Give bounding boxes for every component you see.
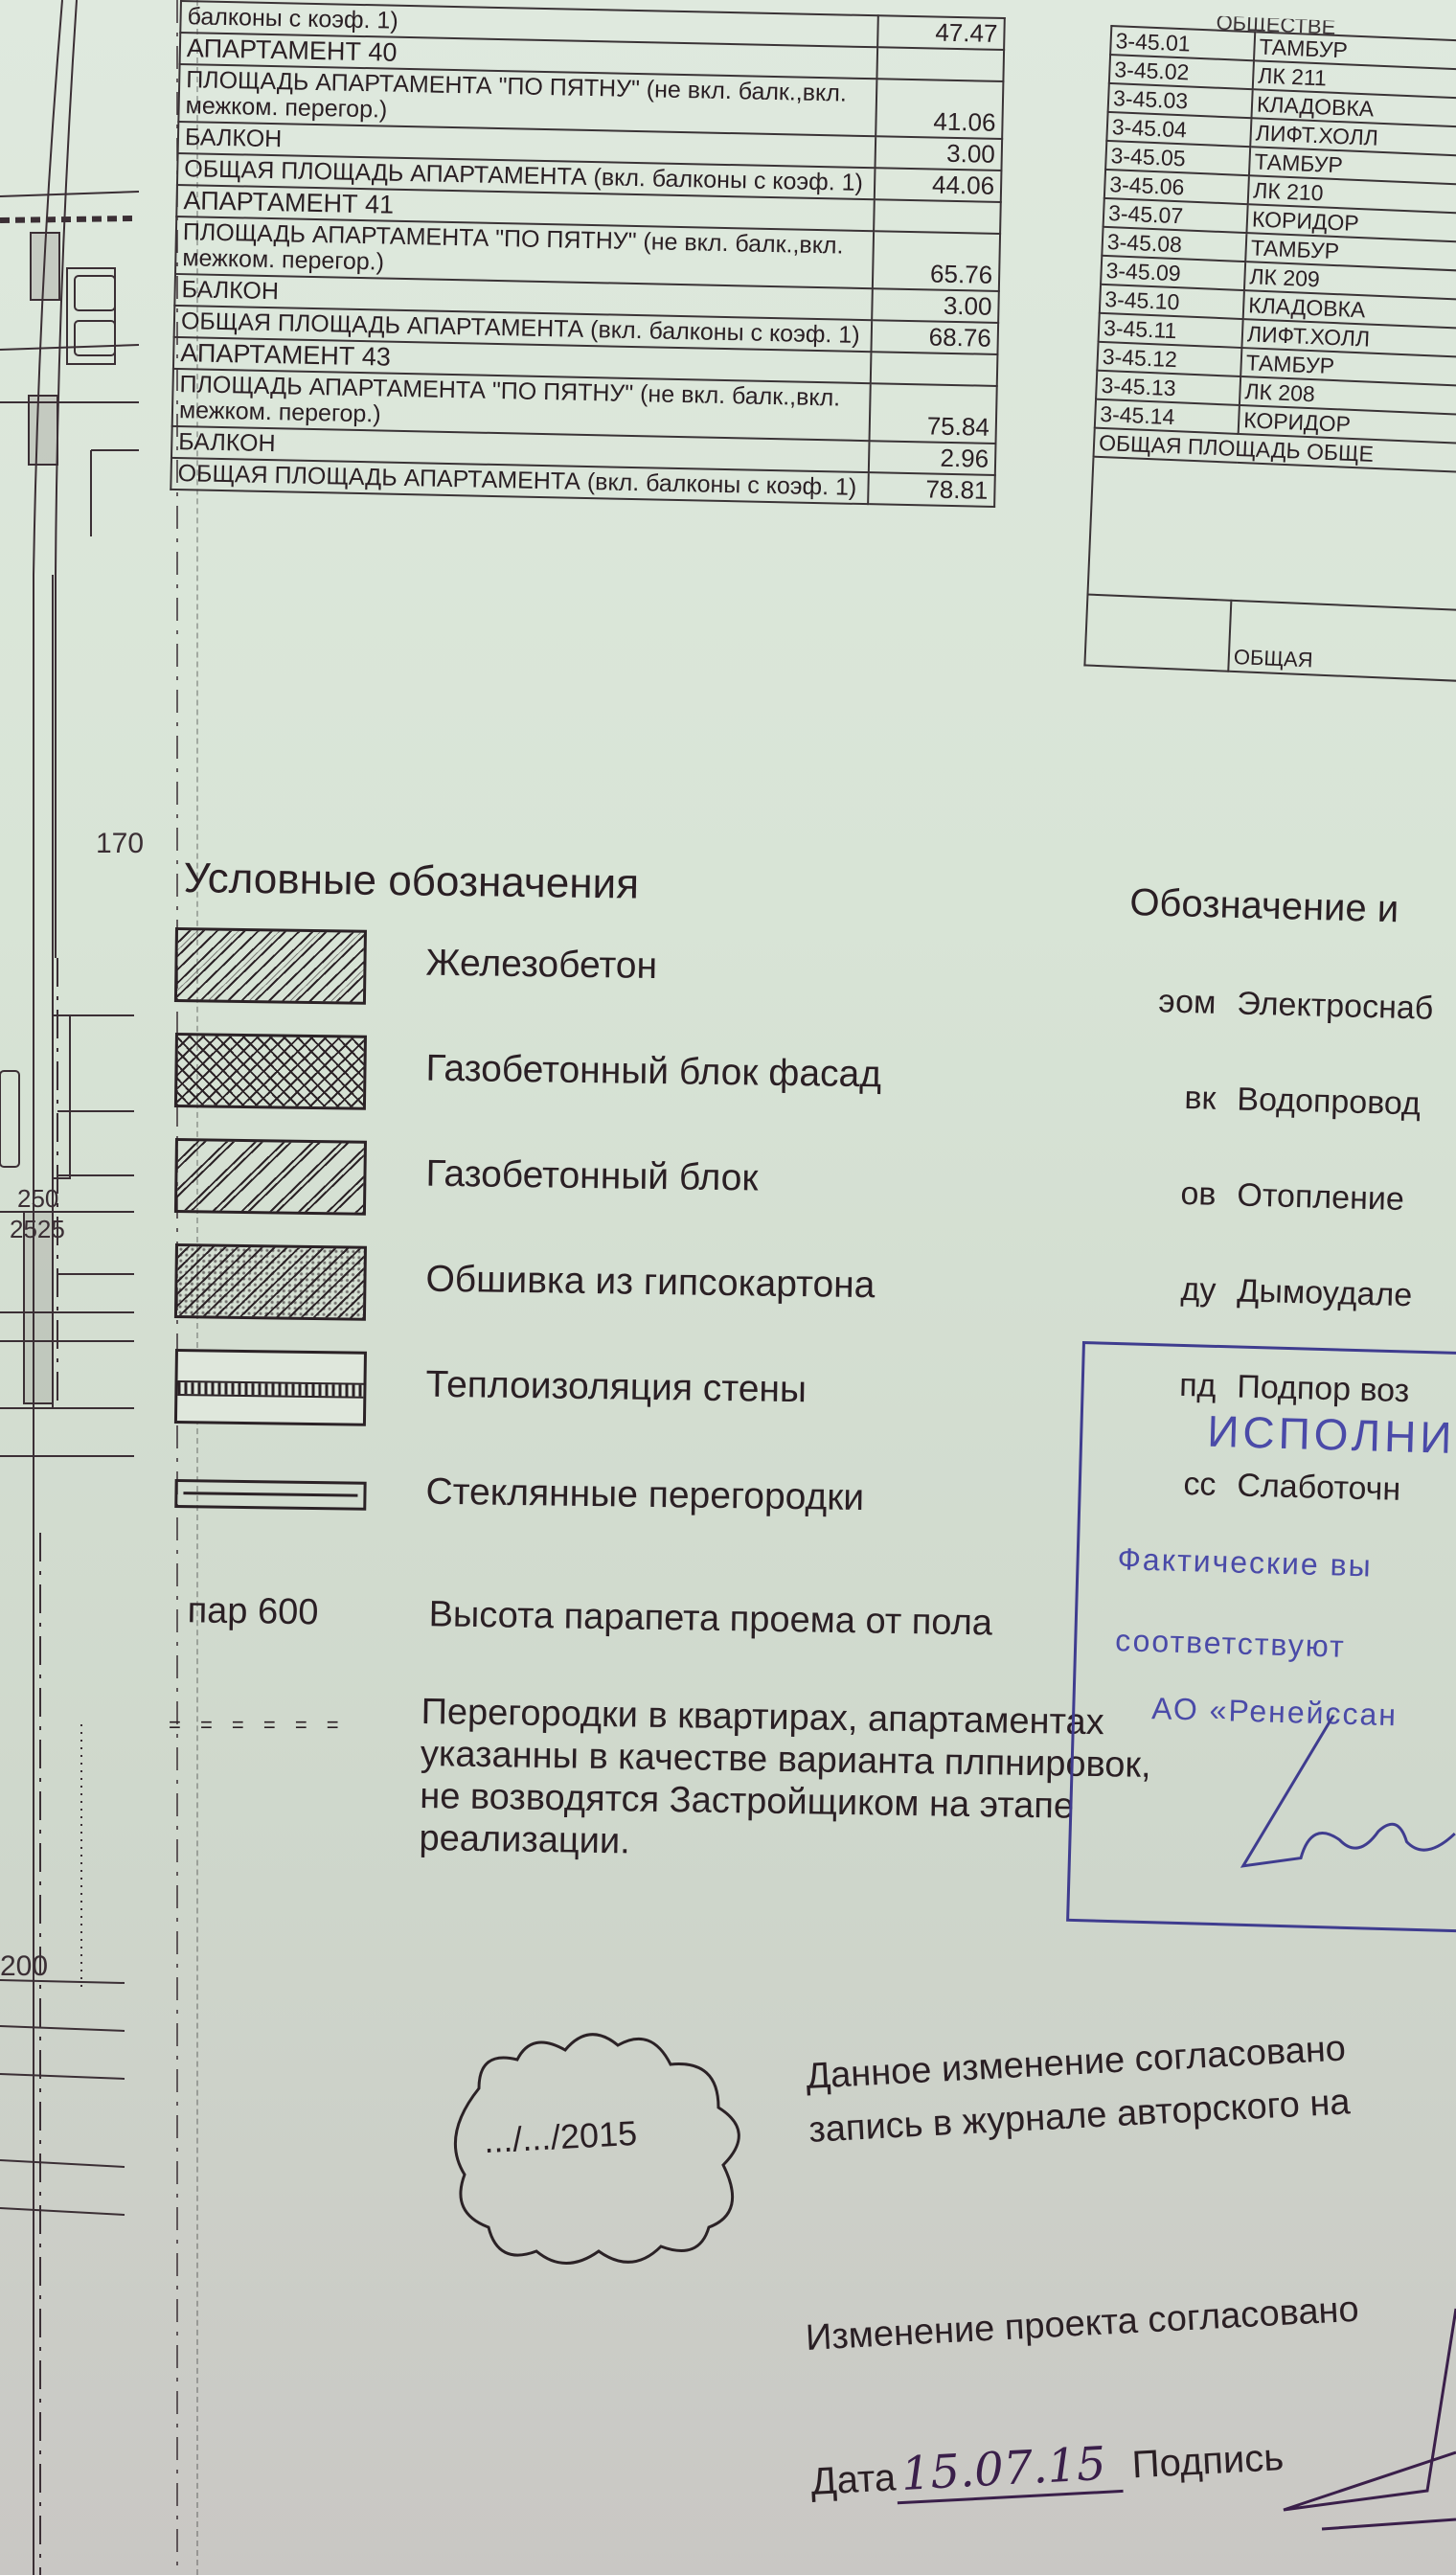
change-agreed-note: Данное изменение согласовано запись в жу… xyxy=(805,2021,1352,2156)
aerated-block-hatch-icon xyxy=(174,1138,367,1216)
row-value xyxy=(876,47,1004,81)
stamp-signature-icon xyxy=(1214,1712,1456,1891)
legend-item: Стеклянные перегородки xyxy=(174,1456,1018,1544)
legend-label: Обшивка из гипсокартона xyxy=(425,1259,876,1308)
legend-label: Железобетон xyxy=(425,943,657,988)
engineering-row: дуДымоудале xyxy=(1110,1269,1413,1314)
legend-label: Газобетонный блок фасад xyxy=(425,1048,881,1097)
legend-label: Стеклянные перегородки xyxy=(425,1471,864,1519)
engineering-label: Дымоудале xyxy=(1237,1272,1413,1313)
engineering-label: Отопление xyxy=(1237,1176,1404,1218)
row-value: 2.96 xyxy=(869,441,996,475)
legend-item: Газобетонный блок фасад xyxy=(174,1033,1018,1121)
row-value: 3.00 xyxy=(875,136,1002,171)
engineering-row: эомЭлектроснаб xyxy=(1110,982,1434,1028)
row-value: 68.76 xyxy=(871,320,998,354)
dimension-200: 200 xyxy=(0,1950,48,1982)
legend-item: Теплоизоляция стены xyxy=(174,1349,1018,1437)
stamp-line: Фактические вы xyxy=(1117,1541,1373,1584)
parapet-symbol: пар 600 xyxy=(187,1590,318,1633)
rooms-bottom-cell xyxy=(1084,595,1231,672)
dimension-2525: 2525 xyxy=(10,1215,65,1243)
stamp-line: соответствуют xyxy=(1115,1623,1346,1665)
rooms-bottom-label: ОБЩАЯ xyxy=(1228,601,1456,681)
date-signature-row: Дата15.07.15 Подпись xyxy=(809,2427,1285,2509)
approval-stamp: ИСПОЛНИ Фактические вы соответствуют АО … xyxy=(1066,1341,1456,1933)
row-value: 3.00 xyxy=(872,288,999,323)
legend-parapet: пар 600 Высота парапета проема от пола xyxy=(171,1590,1128,1606)
row-value: 65.76 xyxy=(873,231,1000,291)
engineering-label: Электроснаб xyxy=(1237,985,1434,1026)
dimension-250: 250 xyxy=(17,1184,58,1213)
aerated-block-facade-hatch-icon xyxy=(174,1033,367,1110)
glass-partition-hatch-icon xyxy=(174,1479,366,1511)
engineering-code: ду xyxy=(1110,1269,1217,1310)
dimension-170: 170 xyxy=(96,828,144,859)
engineering-code: эом xyxy=(1110,982,1217,1022)
common-rooms-table: ОБЩЕСТВЕ 3-45.01ТАМБУР3-45.02ЛК 2113-45.… xyxy=(1083,11,1456,683)
legend-label: Газобетонный блок xyxy=(425,1153,759,1200)
legend-label: Теплоизоляция стены xyxy=(425,1364,807,1412)
wall-insulation-hatch-icon xyxy=(174,1349,367,1426)
engineering-code: ов xyxy=(1110,1174,1217,1214)
date-label: Дата xyxy=(809,2456,897,2503)
row-value: 75.84 xyxy=(870,383,997,444)
stamp-title: ИСПОЛНИ xyxy=(1207,1405,1456,1464)
gypsum-board-hatch-icon xyxy=(174,1243,367,1321)
dashed-partition-symbol: = = = = = = xyxy=(169,1713,346,1738)
row-value xyxy=(874,199,1001,234)
row-value: 78.81 xyxy=(868,472,995,507)
cloud-date: .../.../2015 xyxy=(483,2113,638,2161)
engineering-row: овОтопление xyxy=(1110,1174,1404,1219)
reinforced-concrete-hatch-icon xyxy=(174,927,367,1005)
row-value: 44.06 xyxy=(875,168,1002,202)
legend-item: Обшивка из гипсокартона xyxy=(174,1243,1018,1332)
floor-plan-fragment: 170 250 2525 200 xyxy=(0,0,192,2575)
parapet-label: Высота парапета проема от пола xyxy=(428,1594,992,1644)
legend-title: Условные обозначения xyxy=(183,855,639,909)
row-value xyxy=(871,352,998,386)
engineering-title: Обозначение и xyxy=(1129,881,1399,931)
row-value: 41.06 xyxy=(876,79,1003,139)
rooms-blank-cell xyxy=(1087,457,1456,611)
apartment-area-table: балконы с коэф. 1)47.47АПАРТАМЕНТ 40ПЛОЩ… xyxy=(170,0,1006,508)
date-field[interactable]: 15.07.15 xyxy=(894,2436,1123,2504)
legend-item: Газобетонный блок xyxy=(174,1138,1018,1226)
row-value: 47.47 xyxy=(877,15,1005,50)
engineering-row: вкВодопровод xyxy=(1110,1078,1421,1123)
signature-scribble-icon xyxy=(1264,2299,1456,2548)
engineering-label: Водопровод xyxy=(1237,1081,1421,1122)
legend-item: Железобетон xyxy=(174,927,1018,1015)
signature-label: Подпись xyxy=(1131,2436,1285,2486)
engineering-code: вк xyxy=(1110,1078,1217,1118)
